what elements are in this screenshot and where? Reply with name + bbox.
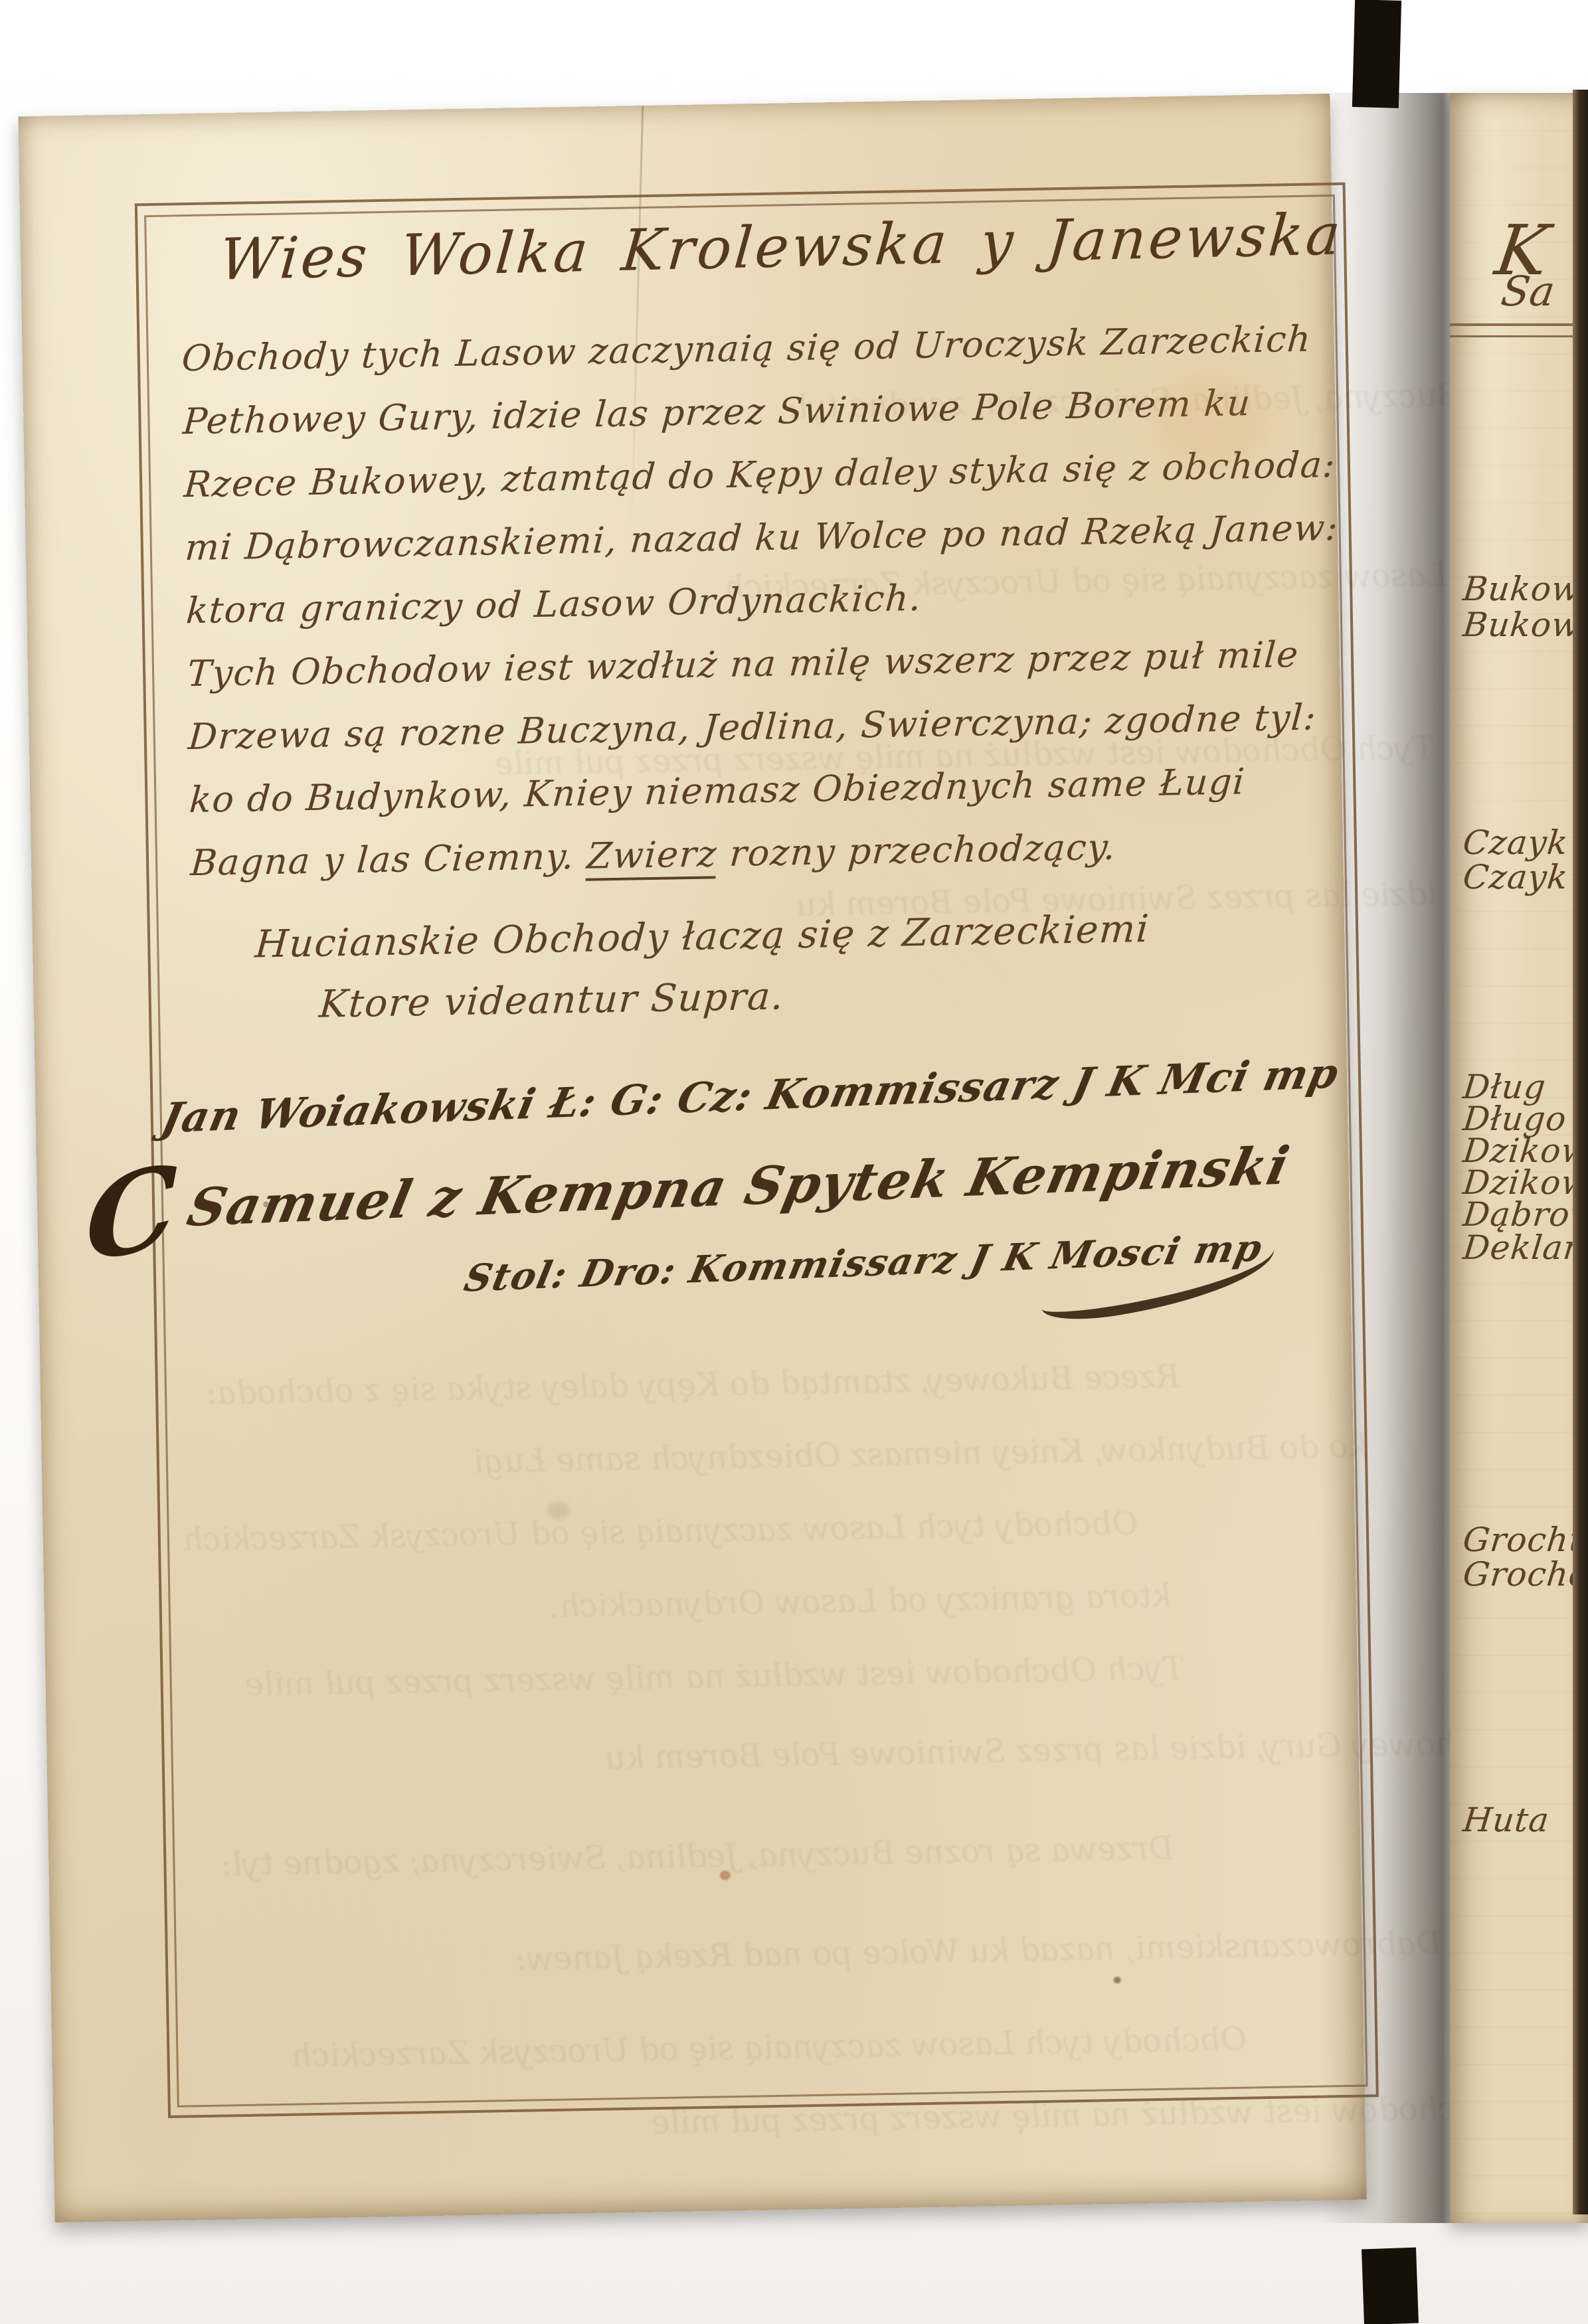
signature-flourish: C xyxy=(86,1183,179,1244)
index-fragment: Bukow xyxy=(1461,606,1583,644)
index-fragment: Grocho xyxy=(1461,1555,1588,1594)
index-fragment: Huta xyxy=(1461,1801,1551,1839)
index-fragment: Grochu xyxy=(1461,1521,1588,1559)
paper-stain xyxy=(263,1201,269,1207)
right-page-heading-fragment: Sa xyxy=(1498,267,1558,315)
index-fragment: Bukow xyxy=(1461,570,1583,608)
manuscript-left-page: Wies Wolka Krolewska y Janewska Obchody … xyxy=(18,94,1366,2222)
index-fragment: Czayk xyxy=(1461,858,1570,896)
right-page-double-rule xyxy=(1450,323,1588,337)
index-fragment: Deklar xyxy=(1461,1228,1582,1267)
index-fragment: Czayk xyxy=(1461,823,1570,862)
manuscript-right-page-fragment: K Sa Bukow Bukow Czayk Czayk Dług Długo … xyxy=(1450,93,1588,2223)
line9-post: rozny przechodzący. xyxy=(729,826,1118,874)
binding-gutter-shadow xyxy=(1318,93,1459,2223)
note-line: Ktore videantur Supra. xyxy=(318,975,786,1027)
binding-strap-top xyxy=(1352,0,1401,108)
line9-underlined-word: Zwierz xyxy=(585,833,719,881)
book-page-block-edge xyxy=(1573,90,1588,2214)
line9-pre: Bagna y las Ciemny. xyxy=(189,835,576,884)
binding-strap-bottom xyxy=(1362,2248,1419,2324)
